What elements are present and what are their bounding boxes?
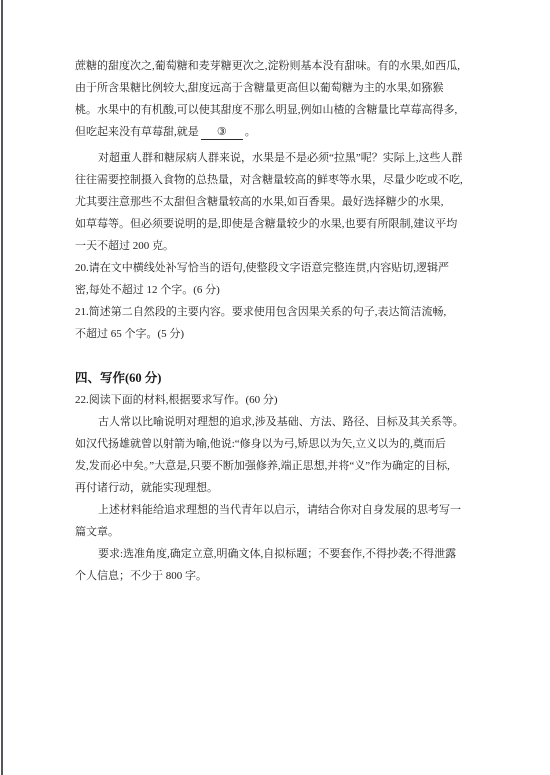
- paragraph-overweight-diabetes: 对超重人群和糖尿病人群来说，水果是不是必须“拉黑”呢？实际上,这些人群 往往需要…: [75, 147, 479, 257]
- blank-prefix-text: 但吃起来没有草莓甜,就是: [75, 126, 199, 138]
- text-line: 对超重人群和糖尿病人群来说，水果是不是必须“拉黑”呢？实际上,这些人群: [75, 147, 479, 169]
- text-line: 21.简述第二自然段的主要内容。要求使用包含因果关系的句子,表达简洁流畅,: [75, 301, 479, 323]
- exam-paper-page: 蔗糖的甜度次之,葡萄糖和麦芽糖更次之,淀粉则基本没有甜味。有的水果,如西瓜, 由…: [0, 0, 550, 775]
- writing-requirements: 要求:选准角度,确定立意,明确文体,自拟标题；不要套作,不得抄袭;不得泄露 个人…: [75, 543, 479, 587]
- question-21: 21.简述第二自然段的主要内容。要求使用包含因果关系的句子,表达简洁流畅, 不超…: [75, 301, 479, 345]
- text-line: 密,每处不超过 12 个字。(6 分): [75, 279, 479, 301]
- text-line: 由于所含果糖比例较大,甜度远高于含糖量更高但以葡萄糖为主的水果,如猕猴: [75, 77, 479, 99]
- page-left-edge-line: [1, 0, 3, 775]
- question-20: 20.请在文中横线处补写恰当的语句,使整段文字语意完整连贯,内容贴切,逻辑严 密…: [75, 257, 479, 301]
- writing-material: 古人常以比喻说明对理想的追求,涉及基础、方法、路径、目标及其关系等。 如汉代扬雄…: [75, 411, 479, 499]
- text-line: 如草莓等。但必须要说明的是,即使是含糖量较少的水果,也要有所限制,建议平均: [75, 213, 479, 235]
- writing-prompt: 上述材料能给追求理想的当代青年以启示，请结合你对自身发展的思考写一 篇文章。: [75, 499, 479, 543]
- answer-blank-3: ③: [201, 125, 243, 140]
- text-line: 篇文章。: [75, 521, 479, 543]
- paragraph-fruit-sweetness: 蔗糖的甜度次之,葡萄糖和麦芽糖更次之,淀粉则基本没有甜味。有的水果,如西瓜, 由…: [75, 55, 479, 143]
- text-line: 20.请在文中横线处补写恰当的语句,使整段文字语意完整连贯,内容贴切,逻辑严: [75, 257, 479, 279]
- exam-content: 蔗糖的甜度次之,葡萄糖和麦芽糖更次之,淀粉则基本没有甜味。有的水果,如西瓜, 由…: [75, 55, 479, 587]
- text-line: 要求:选准角度,确定立意,明确文体,自拟标题；不要套作,不得抄袭;不得泄露: [75, 543, 479, 565]
- text-line: 蔗糖的甜度次之,葡萄糖和麦芽糖更次之,淀粉则基本没有甜味。有的水果,如西瓜,: [75, 55, 479, 77]
- text-line: 再付诸行动，就能实现理想。: [75, 477, 479, 499]
- text-line: 尤其要注意那些不太甜但含糖量较高的水果,如百香果。最好选择糖少的水果,: [75, 191, 479, 213]
- text-line: 个人信息；不少于 800 字。: [75, 565, 479, 587]
- text-line: 上述材料能给追求理想的当代青年以启示，请结合你对自身发展的思考写一: [75, 499, 479, 521]
- text-line: 不超过 65 个字。(5 分): [75, 323, 479, 345]
- text-line: 如汉代扬雄就曾以射箭为喻,他说:“修身以为弓,矫思以为矢,立义以为的,奠而后: [75, 433, 479, 455]
- section-heading-writing: 四、写作(60 分): [75, 367, 479, 389]
- text-line: 一天不超过 200 克。: [75, 235, 479, 257]
- text-line: 发,发而必中矣。”大意是,只要不断加强修养,端正思想,并将“义”作为确定的目标,: [75, 455, 479, 477]
- text-line: 古人常以比喻说明对理想的追求,涉及基础、方法、路径、目标及其关系等。: [75, 411, 479, 433]
- fill-in-blank-line: 但吃起来没有草莓甜,就是③。: [75, 121, 479, 143]
- question-22: 22.阅读下面的材料,根据要求写作。(60 分): [75, 389, 479, 411]
- blank-suffix-text: 。: [245, 126, 256, 138]
- text-line: 桃。水果中的有机酸,可以使其甜度不那么明显,例如山楂的含糖量比草莓高得多,: [75, 99, 479, 121]
- text-line: 往往需要控制摄入食物的总热量，对含糖量较高的鲜枣等水果，尽量少吃或不吃,: [75, 169, 479, 191]
- circled-number-3: ③: [217, 126, 227, 138]
